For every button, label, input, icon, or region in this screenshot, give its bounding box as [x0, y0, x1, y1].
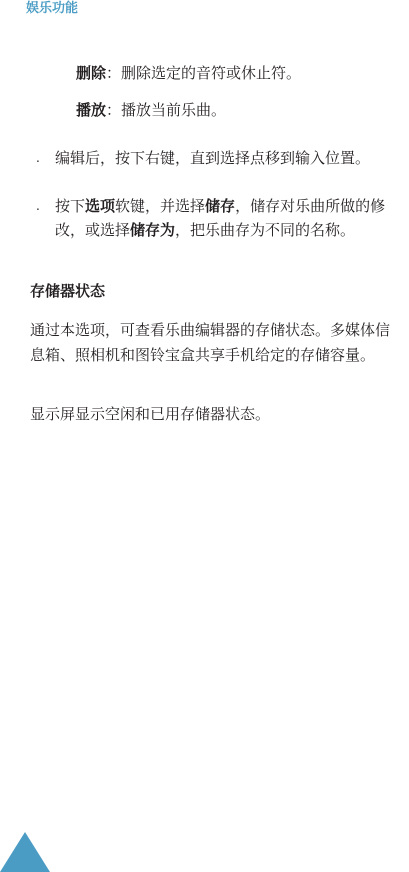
definition-separator: ：	[106, 101, 121, 119]
definition-delete: 删除：删除选定的音符或休止符。	[76, 63, 301, 83]
bullet-dot: .	[36, 194, 40, 218]
option-term: 选项	[85, 197, 115, 215]
bullet-dot: .	[36, 146, 40, 170]
definition-description: 删除选定的音符或休止符。	[121, 64, 301, 82]
save-as-term: 储存为	[130, 221, 175, 239]
section-paragraph: 通过本选项，可查看乐曲编辑器的存储状态。多媒体信息箱、照相机和图铃宝盒共享手机给…	[30, 318, 402, 368]
definition-term: 播放	[76, 101, 106, 119]
bullet-text: 按下选项软键，并选择储存，储存对乐曲所做的修改，或选择储存为，把乐曲存为不同的名…	[55, 194, 409, 242]
section-paragraph: 显示屏显示空闲和已用存储器状态。	[30, 402, 402, 427]
bullet-text: 编辑后，按下右键，直到选择点移到输入位置。	[55, 146, 409, 170]
definition-description: 播放当前乐曲。	[121, 101, 226, 119]
section-title: 存储器状态	[30, 281, 105, 301]
save-term: 储存	[205, 197, 235, 215]
definition-separator: ：	[106, 64, 121, 82]
page-marker-triangle-icon	[0, 832, 50, 872]
definition-term: 删除	[76, 64, 106, 82]
definition-play: 播放：播放当前乐曲。	[76, 100, 226, 120]
chapter-header: 娱乐功能	[26, 0, 78, 17]
